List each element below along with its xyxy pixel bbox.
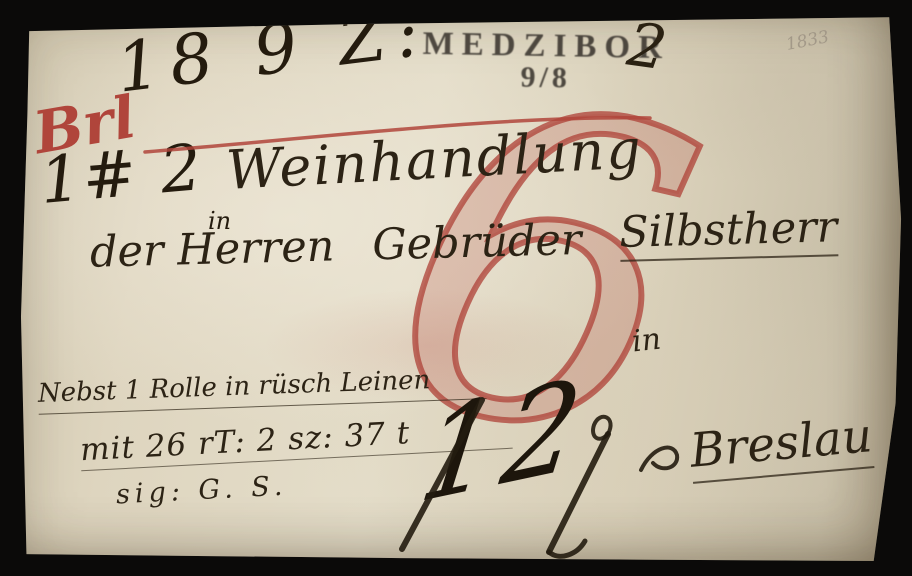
address-city-text: Breslau (688, 408, 875, 484)
photo-scene: 6 18 9 Z: MEDZIBOR 9/8 2 1833 Brl 1# 2 i… (0, 0, 912, 576)
address-line2-prefix: der Herren (89, 223, 335, 282)
pencil-year-annotation: 1833 (785, 28, 831, 55)
letter-envelope: 6 18 9 Z: MEDZIBOR 9/8 2 1833 Brl 1# 2 i… (0, 0, 912, 576)
address-recipient-name: Silbstherr (619, 204, 838, 262)
address-city: Breslau (688, 410, 874, 477)
address-line2-mid: Gebrüder (372, 217, 582, 275)
address-line2: der Herren Gebrüder Silbstherr (89, 210, 838, 282)
franco-curl-stroke (641, 448, 677, 470)
weight-note: 1# 2 (37, 133, 206, 217)
address-in-word: in (630, 323, 662, 359)
contents-note-line3: sig: G. S. (115, 472, 288, 511)
franco-hook-stroke (549, 541, 585, 556)
docket-top-left: 18 9 Z: (113, 0, 433, 108)
